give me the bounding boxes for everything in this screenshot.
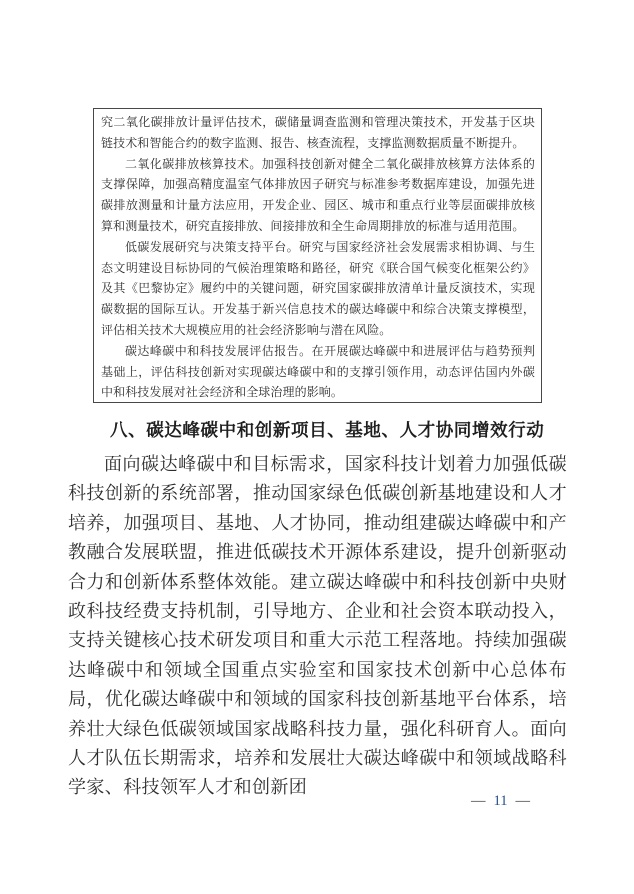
box-paragraph-carbon-accounting: 二氧化碳排放核算技术。加强科技创新对健全二氧化碳排放核算方法体系的支撑保障，加强… [101,154,535,237]
box-paragraph-continuation: 究二氧化碳排放计量评估技术，碳储量调查监测和管理决策技术，开发基于区块链技术和智… [101,112,535,154]
page-number-value: 11 [494,793,508,809]
page-number: —11— [471,793,530,810]
box-paragraph-assessment-report: 碳达峰碳中和科技发展评估报告。在开展碳达峰碳中和进展评估与趋势预判基础上，评估科… [101,341,535,403]
page-number-right-dash: — [515,793,530,809]
section-body-paragraph: 面向碳达峰碳中和目标需求，国家科技计划着力加强低碳科技创新的系统部署，推动国家绿… [68,450,567,803]
boxed-text-block: 究二氧化碳排放计量评估技术，碳储量调查监测和管理决策技术，开发基于区块链技术和智… [93,108,542,403]
section-heading: 八、碳达峰碳中和创新项目、基地、人才协同增效行动 [110,417,544,442]
box-paragraph-low-carbon-platform: 低碳发展研究与决策支持平台。研究与国家经济社会发展需求相协调、与生态文明建设目标… [101,237,535,341]
page-number-left-dash: — [471,793,486,809]
document-page: 究二氧化碳排放计量评估技术，碳储量调查监测和管理决策技术，开发基于区块链技术和智… [0,0,634,894]
